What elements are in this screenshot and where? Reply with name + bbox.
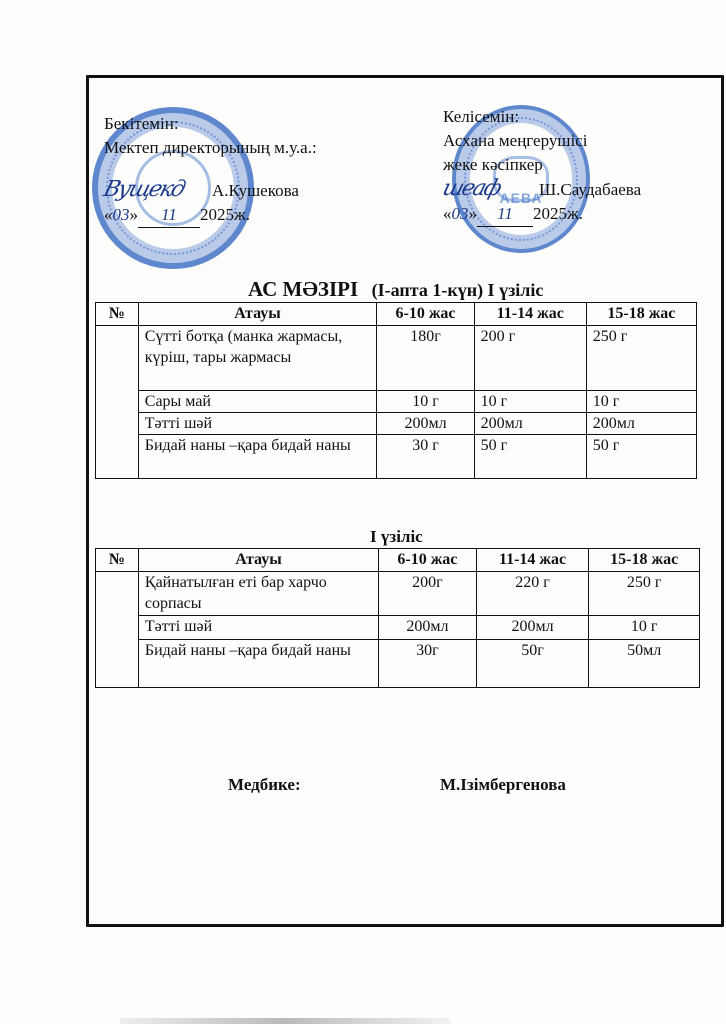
cell-dish-name: Сары май (138, 391, 377, 413)
cell-dish-name: Бидай наны –қара бидай наны (138, 640, 378, 688)
cell-dish-name: Тәтті шәй (138, 616, 378, 640)
cell-qty-15-18: 10 г (586, 391, 696, 413)
approval-date-year: 2025ж. (200, 203, 250, 227)
cell-dish-name: Тәтті шәй (138, 413, 377, 435)
cell-qty-6-10: 30г (379, 640, 477, 688)
agreement-date-year: 2025ж. (533, 202, 583, 226)
table-row: Бидай наны –қара бидай наны30г50г50мл (96, 640, 700, 688)
approval-date-day: 03 (113, 203, 130, 227)
table-body: Сүтті ботқа (манка жармасы, күріш, тары … (96, 326, 697, 479)
approval-date-month: 11 (161, 205, 177, 224)
col-header-age-11-14: 11-14 жас (474, 303, 586, 326)
agreement-date-month: 11 (497, 204, 513, 223)
menu-title: АС МӘЗІРІ (І-апта 1-күн) І үзіліс (248, 277, 543, 302)
col-header-age-11-14: 11-14 жас (476, 549, 589, 572)
cell-qty-11-14: 200мл (474, 413, 586, 435)
cell-qty-11-14: 50 г (474, 435, 586, 479)
approval-heading: Бекітемін: (104, 112, 317, 136)
scan-artifact (120, 1018, 450, 1024)
cell-qty-11-14: 10 г (474, 391, 586, 413)
table-row: Сүтті ботқа (манка жармасы, күріш, тары … (96, 326, 697, 391)
col-header-age-6-10: 6-10 жас (379, 549, 477, 572)
cell-qty-15-18: 250 г (589, 572, 700, 616)
approval-signature-line: Вущекд А.Кушекова (104, 178, 317, 203)
break-subtitle: І үзіліс (370, 527, 423, 547)
cell-qty-15-18: 10 г (589, 616, 700, 640)
col-header-name: Атауы (138, 549, 378, 572)
agreement-heading: Келісемін: (443, 105, 641, 129)
cell-qty-15-18: 50мл (589, 640, 700, 688)
cell-dish-name: Сүтті ботқа (манка жармасы, күріш, тары … (138, 326, 377, 391)
table-body: Қайнатылған еті бар харчо сорпасы200г220… (96, 572, 700, 688)
cell-dish-name: Қайнатылған еті бар харчо сорпасы (138, 572, 378, 616)
table-header-row: № Атауы 6-10 жас 11-14 жас 15-18 жас (96, 303, 697, 326)
agreement-signer: Ш.Саудабаева (539, 178, 641, 202)
menu-title-detail: (І-апта 1-күн) І үзіліс (372, 280, 544, 300)
approval-date: « 03 » 11 2025ж. (104, 203, 317, 228)
cell-qty-6-10: 180г (377, 326, 474, 391)
nurse-label: Медбике: (228, 775, 301, 795)
col-header-number: № (96, 549, 139, 572)
cell-qty-11-14: 200 г (474, 326, 586, 391)
cell-qty-15-18: 50 г (586, 435, 696, 479)
menu-title-main: АС МӘЗІРІ (248, 277, 358, 301)
nurse-name: М.Ізімбергенова (440, 775, 566, 795)
table-row: Сары май10 г10 г10 г (96, 391, 697, 413)
cell-dish-name: Бидай наны –қара бидай наны (138, 435, 377, 479)
col-header-age-15-18: 15-18 жас (586, 303, 696, 326)
table-row: Бидай наны –қара бидай наны30 г50 г50 г (96, 435, 697, 479)
table-header-row: № Атауы 6-10 жас 11-14 жас 15-18 жас (96, 549, 700, 572)
agreement-signature-line: шеаф Ш.Саудабаева (443, 177, 641, 202)
approval-position: Мектеп директорының м.у.а.: (104, 136, 317, 160)
agreement-date-day: 03 (452, 202, 469, 226)
cell-qty-6-10: 30 г (377, 435, 474, 479)
table-row: Тәтті шәй200мл200мл10 г (96, 616, 700, 640)
col-header-name: Атауы (138, 303, 377, 326)
table-row: Қайнатылған еті бар харчо сорпасы200г220… (96, 572, 700, 616)
menu-table-2: № Атауы 6-10 жас 11-14 жас 15-18 жас Қай… (95, 548, 700, 688)
col-header-age-6-10: 6-10 жас (377, 303, 474, 326)
agreement-block: Келісемін: Асхана меңгерушісі жеке кәсіп… (443, 105, 641, 227)
cell-number (96, 572, 139, 688)
menu-table-1: № Атауы 6-10 жас 11-14 жас 15-18 жас Сүт… (95, 302, 697, 479)
agreement-role: жеке кәсіпкер (443, 153, 641, 177)
agreement-date: « 03 » 11 2025ж. (443, 202, 641, 227)
agreement-position: Асхана меңгерушісі (443, 129, 641, 153)
cell-number (96, 326, 139, 479)
approval-block: Бекітемін: Мектеп директорының м.у.а.: В… (104, 112, 317, 228)
col-header-age-15-18: 15-18 жас (589, 549, 700, 572)
cell-qty-11-14: 50г (476, 640, 589, 688)
cell-qty-11-14: 220 г (476, 572, 589, 616)
cell-qty-6-10: 200г (379, 572, 477, 616)
cell-qty-6-10: 200мл (377, 413, 474, 435)
cell-qty-15-18: 250 г (586, 326, 696, 391)
approval-signer: А.Кушекова (212, 179, 299, 203)
table-row: Тәтті шәй200мл200мл200мл (96, 413, 697, 435)
signature-icon: Вущекд (101, 178, 215, 202)
signature-icon: шеаф (440, 177, 542, 201)
cell-qty-6-10: 200мл (379, 616, 477, 640)
col-header-number: № (96, 303, 139, 326)
cell-qty-11-14: 200мл (476, 616, 589, 640)
cell-qty-6-10: 10 г (377, 391, 474, 413)
cell-qty-15-18: 200мл (586, 413, 696, 435)
